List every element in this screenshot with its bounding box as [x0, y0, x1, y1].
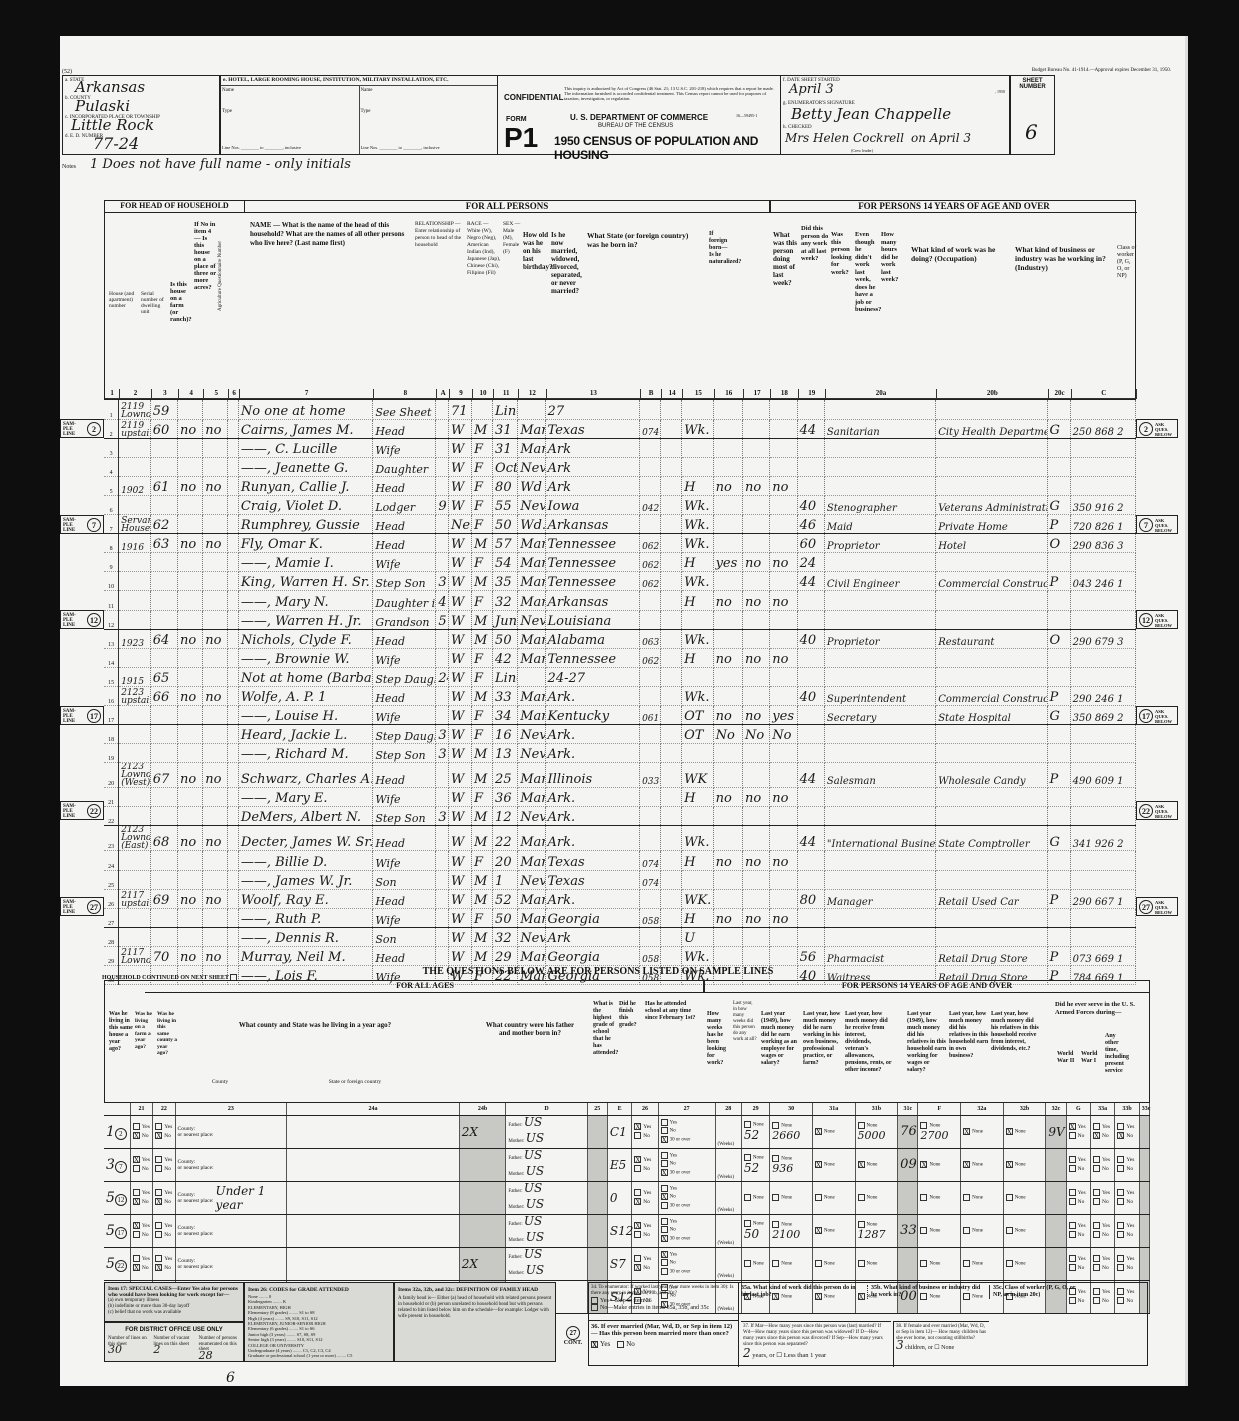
checkbox[interactable]	[155, 1156, 162, 1163]
checkbox[interactable]: X	[634, 1198, 641, 1205]
cell-hrs	[797, 400, 824, 419]
cell-birth: Ark.	[545, 788, 640, 807]
cell-race: W	[448, 706, 471, 725]
sample-line-number: 27	[87, 900, 101, 914]
checkbox[interactable]: X	[133, 1264, 140, 1271]
checkbox[interactable]: X	[1069, 1123, 1076, 1130]
family-head-title: Items 32a, 32b, and 32c: DEFINITION OF F…	[398, 1286, 552, 1294]
cell-job	[770, 946, 797, 965]
cell-job	[770, 927, 797, 946]
checkbox[interactable]	[661, 1119, 668, 1126]
cell-birth: 24-27	[545, 667, 640, 686]
cell-mar: Mar	[518, 572, 545, 591]
header-occupation: What kind of work was he doing? (Occupat…	[911, 245, 1011, 263]
checkbox[interactable]	[661, 1127, 668, 1134]
cell-street: 2123 Lowndes (East)	[119, 826, 151, 851]
checkbox[interactable]	[815, 1260, 822, 1267]
checkbox[interactable]	[1093, 1165, 1100, 1172]
cell-cls	[1047, 457, 1070, 476]
checkbox[interactable]: X	[815, 1161, 822, 1168]
checkbox[interactable]: X	[1006, 1128, 1013, 1135]
checkbox[interactable]	[963, 1260, 970, 1267]
sample-cell: None	[1003, 1181, 1046, 1214]
cell-sex: F	[472, 438, 493, 457]
cell-birth: Ark	[545, 927, 640, 946]
checkbox[interactable]	[634, 1165, 641, 1172]
checkbox[interactable]: X	[815, 1227, 822, 1234]
header-q25: What country were his father and mother …	[485, 1021, 575, 1037]
checkbox[interactable]	[1117, 1165, 1124, 1172]
checkbox[interactable]	[1117, 1189, 1124, 1196]
q36-yes-checkbox[interactable]: X	[591, 1341, 598, 1348]
sample-cell: YesNo	[1091, 1214, 1115, 1247]
cell-b: 062	[640, 553, 661, 572]
cell-race: W	[448, 744, 471, 763]
checkbox[interactable]	[920, 1122, 927, 1129]
cell-ind	[936, 927, 1047, 946]
cell-code: 350 869 2	[1070, 706, 1135, 725]
sample-cell: C1	[607, 1115, 631, 1148]
checkbox[interactable]: X	[920, 1161, 927, 1168]
cell-name: ——, Ruth P.	[238, 908, 372, 927]
cell-farm: no	[178, 476, 203, 495]
cell-mar: Mar	[518, 851, 545, 870]
checkbox[interactable]	[1069, 1132, 1076, 1139]
enumerator-signature: Betty Jean Chappelle	[791, 105, 951, 123]
cell-act: H	[682, 851, 714, 870]
checkbox[interactable]	[1117, 1156, 1124, 1163]
table-row: 22DeMers, Albert N.Step Son3WM12NevArk.	[104, 807, 1136, 826]
checkbox[interactable]	[1006, 1260, 1013, 1267]
q34-yes-label: Yes—Skip to item 36	[600, 1298, 652, 1304]
checkbox[interactable]: X	[963, 1128, 970, 1135]
cell-race: W	[448, 946, 471, 965]
checkbox[interactable]	[661, 1152, 668, 1159]
checkbox[interactable]: X	[133, 1132, 140, 1139]
checkbox[interactable]	[661, 1218, 668, 1225]
cell-ind	[936, 648, 1047, 667]
cell-code: 720 826 1	[1070, 515, 1135, 534]
checkbox[interactable]: X	[133, 1198, 140, 1205]
checked-date: on April 3	[911, 131, 971, 145]
checkbox[interactable]	[1069, 1264, 1076, 1271]
cell-name: Cairns, James M.	[238, 419, 372, 438]
cell-act: H	[682, 648, 714, 667]
checkbox[interactable]	[1093, 1156, 1100, 1163]
cell-acres	[203, 667, 228, 686]
checkbox[interactable]	[772, 1194, 779, 1201]
form-id: P1	[504, 122, 538, 154]
cell-job	[770, 419, 797, 438]
checkbox[interactable]	[661, 1160, 668, 1167]
header-q27: Did he finish this grade?	[619, 1001, 643, 1029]
checkbox[interactable]: X	[155, 1198, 162, 1205]
q34-no-checkbox[interactable]	[591, 1304, 598, 1311]
sample-cell	[287, 1214, 460, 1247]
cell-age: 16	[493, 725, 518, 744]
cell-serial	[150, 438, 177, 457]
checkbox[interactable]	[1093, 1264, 1100, 1271]
checkbox[interactable]	[155, 1222, 162, 1229]
cell-b	[640, 400, 661, 419]
cell-rel: Head	[373, 534, 436, 553]
cell-street	[119, 495, 151, 514]
cell-street	[119, 553, 151, 572]
sample-cell	[1046, 1148, 1066, 1181]
checkbox[interactable]: X	[963, 1161, 970, 1168]
checkbox[interactable]	[772, 1155, 779, 1162]
table-row: 292117 Lowndes70nonoMurray, Neil M.HeadW…	[104, 946, 1136, 965]
checkbox[interactable]: X	[661, 1235, 668, 1242]
cell-b	[640, 744, 661, 763]
checkbox[interactable]	[155, 1255, 162, 1262]
cell-code	[1070, 476, 1135, 495]
cell-acres	[203, 438, 228, 457]
checkbox[interactable]: X	[634, 1222, 641, 1229]
checkbox[interactable]	[155, 1189, 162, 1196]
cell-cls	[1047, 744, 1070, 763]
table-row: 14——, Brownie W.WifeWF42MarTennessee062H…	[104, 648, 1136, 667]
checkbox[interactable]: X	[133, 1222, 140, 1229]
checkbox[interactable]	[920, 1227, 927, 1234]
cell-a	[436, 908, 449, 927]
cell-sex: F	[472, 851, 493, 870]
cell-code: 290 246 1	[1070, 686, 1135, 705]
checkbox[interactable]: X	[634, 1264, 641, 1271]
checkbox[interactable]	[634, 1231, 641, 1238]
cell-6	[228, 495, 239, 514]
column-number-row: 12345678A910111213B14151617181920a20b20c…	[105, 389, 1137, 400]
cell-b: 062	[640, 572, 661, 591]
cell-serial: 59	[150, 400, 177, 419]
checkbox[interactable]	[744, 1260, 751, 1267]
cell-ind: State Hospital	[936, 706, 1047, 725]
checkbox[interactable]: X	[1006, 1161, 1013, 1168]
cell-line: 27	[104, 908, 119, 927]
cell-code: 290 836 3	[1070, 534, 1135, 553]
cell-work	[713, 572, 742, 591]
checkbox[interactable]	[1117, 1123, 1124, 1130]
checkbox[interactable]: X	[661, 1136, 668, 1143]
column-number: 7	[239, 389, 373, 399]
column-number: 21	[130, 1103, 152, 1115]
checkbox[interactable]	[1069, 1255, 1076, 1262]
cell-look: no	[742, 476, 769, 495]
checkbox[interactable]	[133, 1165, 140, 1172]
cell-work: no	[713, 591, 742, 610]
cell-14	[661, 400, 682, 419]
cell-b: 033	[640, 763, 661, 788]
checkbox[interactable]	[133, 1231, 140, 1238]
cell-work	[713, 457, 742, 476]
cell-acres	[203, 725, 228, 744]
cell-sex: M	[472, 686, 493, 705]
checkbox[interactable]	[815, 1194, 822, 1201]
cell-look: no	[742, 648, 769, 667]
checkbox[interactable]	[1117, 1231, 1124, 1238]
cell-6	[228, 788, 239, 807]
cell-act: OT	[682, 706, 714, 725]
q34-yes-checkbox[interactable]	[591, 1297, 598, 1304]
column-number: 19	[798, 389, 825, 399]
cell-act: Wk.	[682, 946, 714, 965]
checkbox[interactable]	[1117, 1264, 1124, 1271]
cell-job	[770, 826, 797, 851]
checkbox[interactable]: X	[1117, 1132, 1124, 1139]
sheet-number-label: SHEET NUMBER	[1011, 76, 1054, 90]
q37-value: 2	[743, 1346, 751, 1360]
cell-work	[713, 629, 742, 648]
cell-6	[228, 419, 239, 438]
checkbox[interactable]	[155, 1165, 162, 1172]
checkbox[interactable]	[1093, 1123, 1100, 1130]
sample-cell: (Weeks)	[715, 1148, 741, 1181]
cell-birth: Arkansas	[545, 515, 640, 534]
checkbox[interactable]	[772, 1122, 779, 1129]
checkbox[interactable]	[858, 1221, 865, 1228]
cell-name: Craig, Violet D.	[238, 495, 372, 514]
checkbox[interactable]: X	[1093, 1132, 1100, 1139]
checkbox[interactable]	[133, 1189, 140, 1196]
cell-look	[742, 686, 769, 705]
checkbox[interactable]	[772, 1221, 779, 1228]
cell-name: ——, Warren H. Jr.	[238, 610, 372, 629]
cell-occ	[824, 744, 935, 763]
cell-work	[713, 438, 742, 457]
column-number: 29	[741, 1103, 769, 1115]
q35b-text: 35b. What kind of business or industry d…	[867, 1285, 987, 1299]
checkbox[interactable]	[1117, 1255, 1124, 1262]
cell-6	[228, 889, 239, 908]
checkbox[interactable]	[1006, 1227, 1013, 1234]
sample-cell: (Weeks)	[715, 1115, 741, 1148]
sample-cell	[898, 1181, 918, 1214]
cell-birth: Tennessee	[545, 553, 640, 572]
cell-occ	[824, 908, 935, 927]
checkbox[interactable]	[661, 1259, 668, 1266]
checkbox[interactable]	[772, 1260, 779, 1267]
checkbox[interactable]: X	[661, 1251, 668, 1258]
checkbox[interactable]	[963, 1194, 970, 1201]
cell-mar: Nev	[518, 725, 545, 744]
column-number: 33c	[1139, 1103, 1149, 1115]
cell-hrs	[797, 667, 824, 686]
cell-rel: Head	[373, 629, 436, 648]
cell-a	[436, 851, 449, 870]
sample-cell: None2700	[918, 1115, 961, 1148]
cell-farm	[178, 870, 203, 889]
checkbox[interactable]	[634, 1132, 641, 1139]
checkbox[interactable]	[1093, 1189, 1100, 1196]
cell-work	[713, 667, 742, 686]
sample-cell: YesNo	[153, 1148, 175, 1181]
cell-line: 5	[104, 476, 119, 495]
cell-farm	[178, 927, 203, 946]
checkbox[interactable]: X	[858, 1161, 865, 1168]
cell-cls: G	[1047, 419, 1070, 438]
sample-cell: YesXNo	[1091, 1115, 1115, 1148]
questions-34-38: 34. To enumerator: If worked last year (…	[588, 1282, 1148, 1366]
sample-cell: None	[1003, 1214, 1046, 1247]
checkbox[interactable]	[1069, 1156, 1076, 1163]
cell-14	[661, 476, 682, 495]
cell-farm	[178, 553, 203, 572]
cell-work	[713, 946, 742, 965]
confidential-label: CONFIDENTIAL	[504, 93, 564, 102]
cell-mar	[518, 400, 545, 419]
cell-6	[228, 476, 239, 495]
cell-serial	[150, 807, 177, 826]
cell-line: 9	[104, 553, 119, 572]
cell-act	[682, 438, 714, 457]
lower-table-header: FOR ALL AGES FOR PERSONS 14 YEARS OF AGE…	[104, 980, 1150, 1103]
checkbox[interactable]	[744, 1220, 751, 1227]
column-number: 24b	[459, 1103, 506, 1115]
checkbox[interactable]	[744, 1121, 751, 1128]
checkbox[interactable]	[155, 1231, 162, 1238]
checkbox[interactable]	[1093, 1222, 1100, 1229]
checkbox[interactable]	[1069, 1189, 1076, 1196]
notes-text: 1 Does not have full name - only initial…	[90, 157, 351, 172]
checkbox[interactable]: X	[155, 1264, 162, 1271]
cell-6	[228, 927, 239, 946]
checkbox[interactable]: X	[815, 1128, 822, 1135]
q36-no-checkbox[interactable]	[617, 1341, 624, 1348]
cell-work	[713, 927, 742, 946]
cell-look	[742, 400, 769, 419]
checkbox[interactable]	[920, 1260, 927, 1267]
column-number: A	[437, 389, 450, 399]
cell-14	[661, 686, 682, 705]
cell-street	[119, 908, 151, 927]
checkbox[interactable]	[1069, 1231, 1076, 1238]
checkbox[interactable]	[661, 1202, 668, 1209]
sample-line-number: 17	[87, 709, 101, 723]
cell-job	[770, 495, 797, 514]
cell-rel: Grandson	[373, 610, 436, 629]
cell-birth: Texas	[545, 870, 640, 889]
cell-serial	[150, 927, 177, 946]
cell-b	[640, 826, 661, 851]
checkbox[interactable]	[133, 1255, 140, 1262]
checkbox[interactable]	[963, 1227, 970, 1234]
checkbox[interactable]	[1093, 1255, 1100, 1262]
cell-act	[682, 870, 714, 889]
sample-cell: (Weeks)	[715, 1247, 741, 1280]
cell-look: no	[742, 851, 769, 870]
cell-a	[436, 946, 449, 965]
cell-race: W	[448, 419, 471, 438]
cell-sex: F	[472, 553, 493, 572]
checkbox[interactable]	[858, 1260, 865, 1267]
cell-line: 26	[104, 889, 119, 908]
checkbox[interactable]	[133, 1123, 140, 1130]
cell-name: Heard, Jackie L.	[238, 725, 372, 744]
checkbox[interactable]	[1117, 1222, 1124, 1229]
checkbox[interactable]	[1069, 1198, 1076, 1205]
checkbox[interactable]	[858, 1194, 865, 1201]
cell-street	[119, 725, 151, 744]
checkbox[interactable]	[634, 1255, 641, 1262]
cell-race: W	[448, 495, 471, 514]
checkbox[interactable]: X	[133, 1156, 140, 1163]
q36-text: 36. If ever married (Mar, Wd, D, or Sep …	[591, 1323, 736, 1337]
checkbox[interactable]: X	[661, 1169, 668, 1176]
cell-14	[661, 629, 682, 648]
checkbox[interactable]	[1069, 1165, 1076, 1172]
checkbox[interactable]	[1117, 1198, 1124, 1205]
checkbox[interactable]	[744, 1154, 751, 1161]
cell-age: 12	[493, 807, 518, 826]
checkbox[interactable]	[920, 1194, 927, 1201]
column-number: 33b	[1115, 1103, 1139, 1115]
column-number: 20c	[1048, 389, 1071, 399]
sample-cell: 76	[898, 1115, 918, 1148]
q38-text: 38. If female and ever married (Mar, Wd,…	[896, 1324, 987, 1342]
cell-6	[228, 686, 239, 705]
checkbox[interactable]	[1093, 1198, 1100, 1205]
checkbox[interactable]	[661, 1226, 668, 1233]
checkbox[interactable]: X	[661, 1193, 668, 1200]
checkbox[interactable]	[1069, 1222, 1076, 1229]
cell-hrs: 24	[797, 553, 824, 572]
checkbox[interactable]	[661, 1185, 668, 1192]
column-number: 28	[715, 1103, 741, 1115]
cell-ind	[936, 870, 1047, 889]
checkbox[interactable]	[858, 1122, 865, 1129]
cell-code	[1070, 725, 1135, 744]
cell-hrs	[797, 851, 824, 870]
checkbox[interactable]: X	[634, 1156, 641, 1163]
cell-b: 074	[640, 851, 661, 870]
checkbox[interactable]: X	[155, 1132, 162, 1139]
cell-occ	[824, 851, 935, 870]
checkbox[interactable]	[1006, 1194, 1013, 1201]
cell-code: 043 246 1	[1070, 572, 1135, 591]
table-row: 19——, Richard M.Step Son3WM13NevArk.	[104, 744, 1136, 763]
cell-sex: F	[472, 788, 493, 807]
cell-sex: M	[472, 534, 493, 553]
cell-mar: Wd	[518, 476, 545, 495]
header-q28: Has he attended school at any time since…	[645, 1001, 701, 1022]
cell-occ: Manager	[824, 889, 935, 908]
cell-ind	[936, 438, 1047, 457]
checkbox[interactable]: X	[634, 1123, 641, 1130]
special-cases-box: Item 17: SPECIAL CASES—Enter Yes also fo…	[104, 1282, 244, 1322]
sample-cell: County:or nearest place:	[175, 1148, 287, 1181]
checkbox[interactable]	[155, 1123, 162, 1130]
cell-b	[640, 591, 661, 610]
cell-race: W	[448, 553, 471, 572]
checkbox[interactable]	[661, 1268, 668, 1275]
cell-work	[713, 495, 742, 514]
sample-cell: XYesNo	[632, 1115, 658, 1148]
cell-sex: M	[472, 610, 493, 629]
header-activity: What was this person doing most of last …	[773, 231, 799, 287]
cell-street	[119, 744, 151, 763]
cell-work	[713, 534, 742, 553]
cell-6	[228, 629, 239, 648]
crew-leader-label: (Crew leader)	[851, 147, 873, 154]
cell-code	[1070, 927, 1135, 946]
column-number: 31b	[855, 1103, 898, 1115]
cell-line: 23	[104, 826, 119, 851]
cell-age: 22	[493, 826, 518, 851]
checkbox[interactable]	[1093, 1231, 1100, 1238]
sample-cell: YesXNo	[130, 1115, 152, 1148]
checkbox[interactable]	[744, 1194, 751, 1201]
checkbox[interactable]	[634, 1189, 641, 1196]
